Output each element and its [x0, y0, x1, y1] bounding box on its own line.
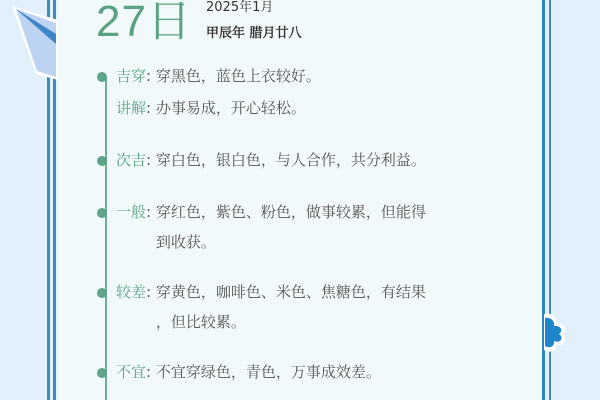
- flower-icon: [538, 308, 570, 356]
- item-buyi: 不宜: 不宜穿绿色，青色，万事成效差。: [116, 360, 381, 384]
- item-ciji: 次吉: 穿白色，银白色，与人合作，共分利益。: [116, 148, 426, 172]
- item-text: 穿黄色，咖啡色、米色、焦糖色，有结果: [156, 280, 426, 304]
- item-jiangjie: 讲解: 办事易成，开心轻松。: [116, 96, 306, 120]
- item-text: 穿红色，紫色、粉色，做事较累，但能得: [156, 200, 426, 224]
- item-text-continued: ，但比较累。: [156, 310, 426, 334]
- item-label: 讲解: [116, 99, 146, 117]
- timeline-dot: [97, 288, 107, 298]
- item-label: 次吉: [116, 151, 146, 169]
- lunar-date: 甲辰年 腊月廿八: [206, 26, 302, 42]
- year-month: 2025年1月: [206, 0, 273, 16]
- item-text: 穿黑色，蓝色上衣较好。: [156, 64, 321, 88]
- item-text: 办事易成，开心轻松。: [156, 96, 306, 120]
- item-label: 吉穿: [116, 67, 146, 85]
- item-label: 不宜: [116, 363, 146, 381]
- timeline-line: [105, 77, 107, 400]
- timeline-dot: [97, 208, 107, 218]
- item-text: 不宜穿绿色，青色，万事成效差。: [156, 360, 381, 384]
- timeline-dot: [97, 72, 107, 82]
- paper-kite-icon: [0, 0, 60, 82]
- item-jichuan: 吉穿: 穿黑色，蓝色上衣较好。: [116, 64, 321, 88]
- day-number: 27日: [96, 0, 192, 52]
- item-label: 一般: [116, 203, 146, 221]
- item-jiaocha: 较差: 穿黄色，咖啡色、米色、焦糖色，有结果 ，但比较累。: [116, 280, 426, 334]
- item-text: 穿白色，银白色，与人合作，共分利益。: [156, 148, 426, 172]
- timeline-dot: [97, 156, 107, 166]
- timeline-dot: [97, 368, 107, 378]
- item-text-continued: 到收获。: [156, 230, 426, 254]
- item-label: 较差: [116, 283, 146, 301]
- item-yiban: 一般: 穿红色，紫色、粉色，做事较累，但能得 到收获。: [116, 200, 426, 254]
